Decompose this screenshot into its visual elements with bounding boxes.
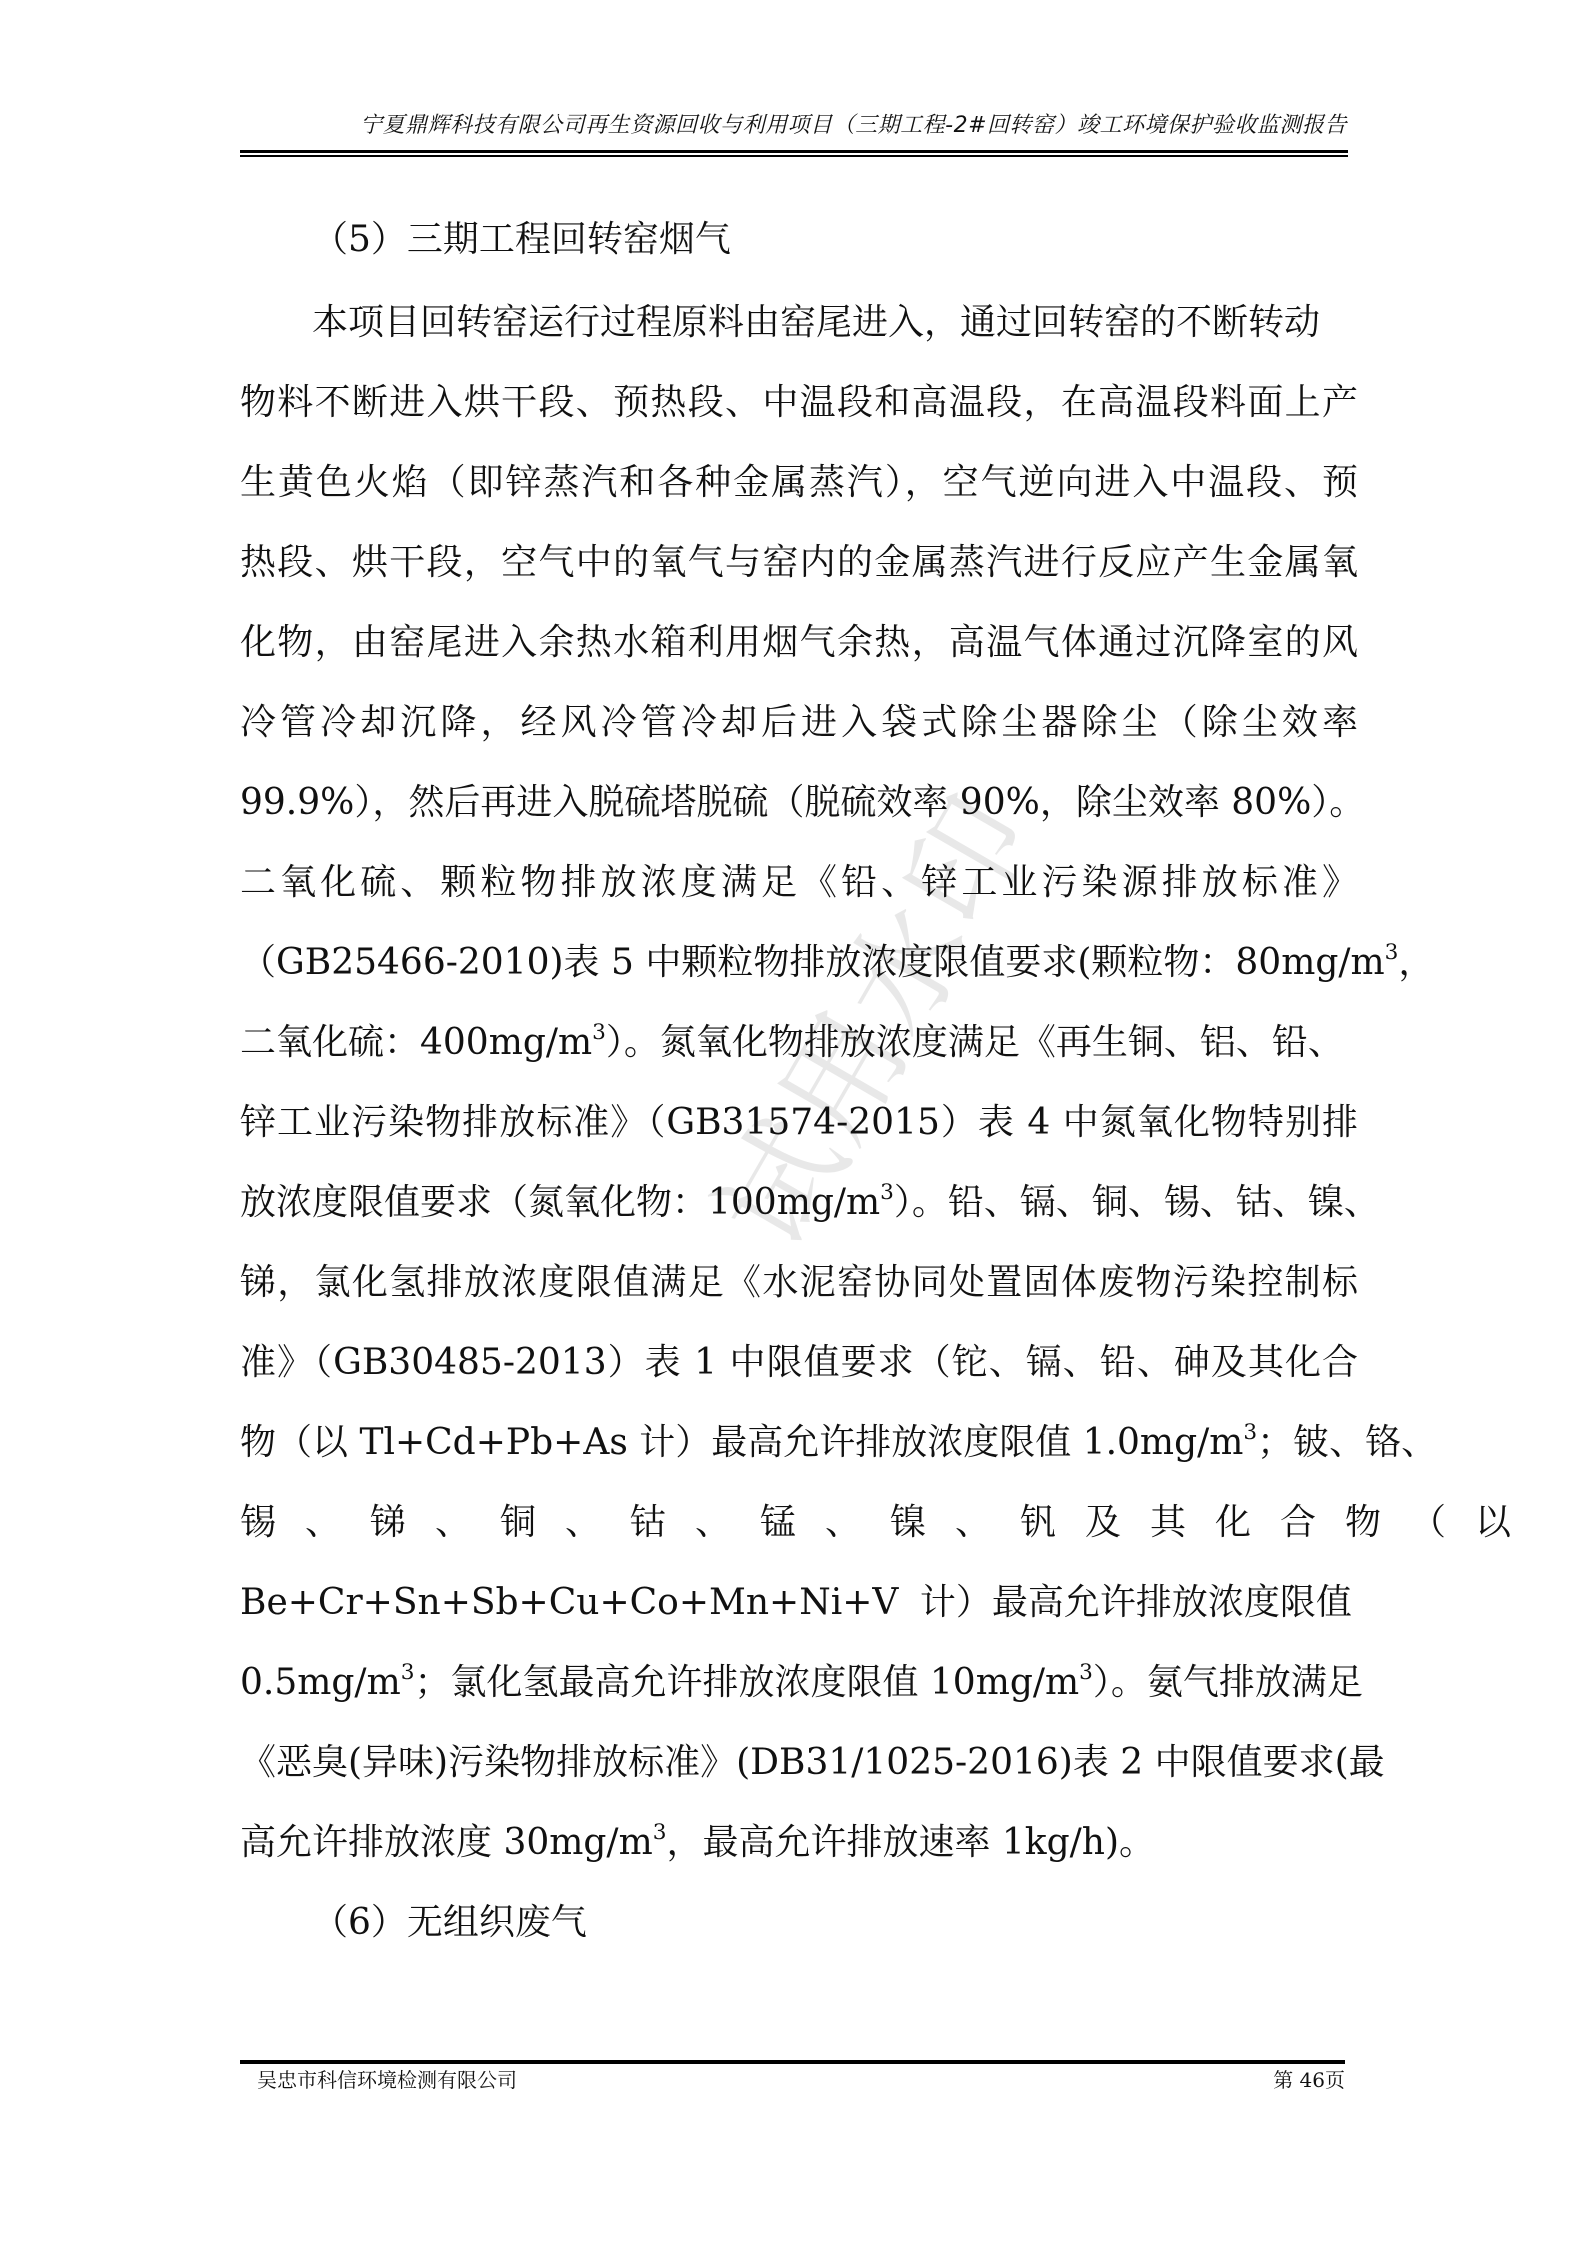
line-text: ）。铅、镉、铜、锡、钴、镍、 xyxy=(894,1182,1380,1223)
superscript: 3 xyxy=(1243,1420,1257,1445)
header-rule xyxy=(240,150,1348,153)
paragraph-line: 本项目回转窑运行过程原料由窑尾进入，通过回转窑的不断转动 xyxy=(240,283,1358,363)
paragraph-line: 物料不断进入烘干段、预热段、中温段和高温段，在高温段料面上产 xyxy=(240,363,1358,443)
superscript: 3 xyxy=(401,1660,415,1685)
document-header-title: 宁夏鼎辉科技有限公司再生资源回收与利用项目（三期工程-2#回转窑）竣工环境保护验… xyxy=(240,112,1347,140)
line-text: （GB25466-2010)表 5 中颗粒物排放浓度限值要求(颗粒物：80mg/… xyxy=(240,942,1385,983)
superscript: 3 xyxy=(653,1820,667,1845)
line-text: 放浓度限值要求（氮氧化物：100mg/m xyxy=(240,1182,880,1223)
paragraph-line: 《恶臭(异味)污染物排放标准》(DB31/1025-2016)表 2 中限值要求… xyxy=(240,1723,1358,1803)
paragraph-line: 高允许排放浓度 30mg/m3，最高允许排放速率 1kg/h)。 xyxy=(240,1803,1358,1883)
paragraph-line: 0.5mg/m3；氯化氢最高允许排放浓度限值 10mg/m3）。氨气排放满足 xyxy=(240,1643,1358,1723)
footer-page-number: 第 46页 xyxy=(1273,2066,1345,2094)
line-text: ）。氨气排放满足 xyxy=(1093,1662,1363,1703)
paragraph-line: 生黄色火焰（即锌蒸汽和各种金属蒸汽），空气逆向进入中温段、预 xyxy=(240,443,1358,523)
paragraph-line: 热段、烘干段，空气中的氧气与窑内的金属蒸汽进行反应产生金属氧 xyxy=(240,523,1358,603)
paragraph-line: 冷管冷却沉降，经风冷管冷却后进入袋式除尘器除尘（除尘效率 xyxy=(240,683,1358,763)
line-text: ，最高允许排放速率 1kg/h)。 xyxy=(666,1822,1155,1863)
section-heading-6: （6）无组织废气 xyxy=(240,1883,1358,1963)
paragraph-line: 锑，氯化氢排放浓度限值满足《水泥窑协同处置固体废物污染控制标 xyxy=(240,1243,1358,1323)
line-text: 物（以 Tl+Cd+Pb+As 计）最高允许排放浓度限值 1.0mg/m xyxy=(240,1422,1243,1463)
footer-company: 吴忠市科信环境检测有限公司 xyxy=(257,2066,517,2094)
paragraph-line: 放浓度限值要求（氮氧化物：100mg/m3）。铅、镉、铜、锡、钴、镍、 xyxy=(240,1163,1358,1243)
paragraph-line: 锡、锑、铜、钴、锰、镍、钒及其化合物（以 xyxy=(240,1483,1358,1563)
paragraph-line: Be+Cr+Sn+Sb+Cu+Co+Mn+Ni+V 计）最高允许排放浓度限值 xyxy=(240,1563,1358,1643)
paragraph-line: 化物，由窑尾进入余热水箱利用烟气余热，高温气体通过沉降室的风 xyxy=(240,603,1358,683)
superscript: 3 xyxy=(1385,940,1399,965)
superscript: 3 xyxy=(1079,1660,1093,1685)
paragraph-line: 锌工业污染物排放标准》（GB31574-2015）表 4 中氮氧化物特别排 xyxy=(240,1083,1358,1163)
superscript: 3 xyxy=(880,1180,894,1205)
line-text: 0.5mg/m xyxy=(240,1662,401,1703)
paragraph-line: 二氧化硫、颗粒物排放浓度满足《铅、锌工业污染源排放标准》 xyxy=(240,843,1358,923)
paragraph-line: 二氧化硫：400mg/m3）。氮氧化物排放浓度满足《再生铜、铝、铅、 xyxy=(240,1003,1358,1083)
footer-rule xyxy=(240,2060,1345,2064)
paragraph-line: （GB25466-2010)表 5 中颗粒物排放浓度限值要求(颗粒物：80mg/… xyxy=(240,923,1358,1003)
paragraph-line: 物（以 Tl+Cd+Pb+As 计）最高允许排放浓度限值 1.0mg/m3；铍、… xyxy=(240,1403,1358,1483)
line-text: ；铍、铬、 xyxy=(1257,1422,1437,1463)
paragraph-line: 准》（GB30485-2013）表 1 中限值要求（铊、镉、铅、砷及其化合 xyxy=(240,1323,1358,1403)
header-rule-thin xyxy=(240,155,1348,157)
line-text: 二氧化硫：400mg/m xyxy=(240,1022,592,1063)
line-text: ， xyxy=(1398,942,1434,983)
superscript: 3 xyxy=(592,1020,606,1045)
paragraph-line: 99.9%），然后再进入脱硫塔脱硫（脱硫效率 90%，除尘效率 80%）。 xyxy=(240,763,1358,843)
line-text: ）。氮氧化物排放浓度满足《再生铜、铝、铅、 xyxy=(606,1022,1344,1063)
section-heading-5: （5）三期工程回转窑烟气 xyxy=(240,200,1358,280)
line-text: ；氯化氢最高允许排放浓度限值 10mg/m xyxy=(414,1662,1079,1703)
line-text: 高允许排放浓度 30mg/m xyxy=(240,1822,653,1863)
